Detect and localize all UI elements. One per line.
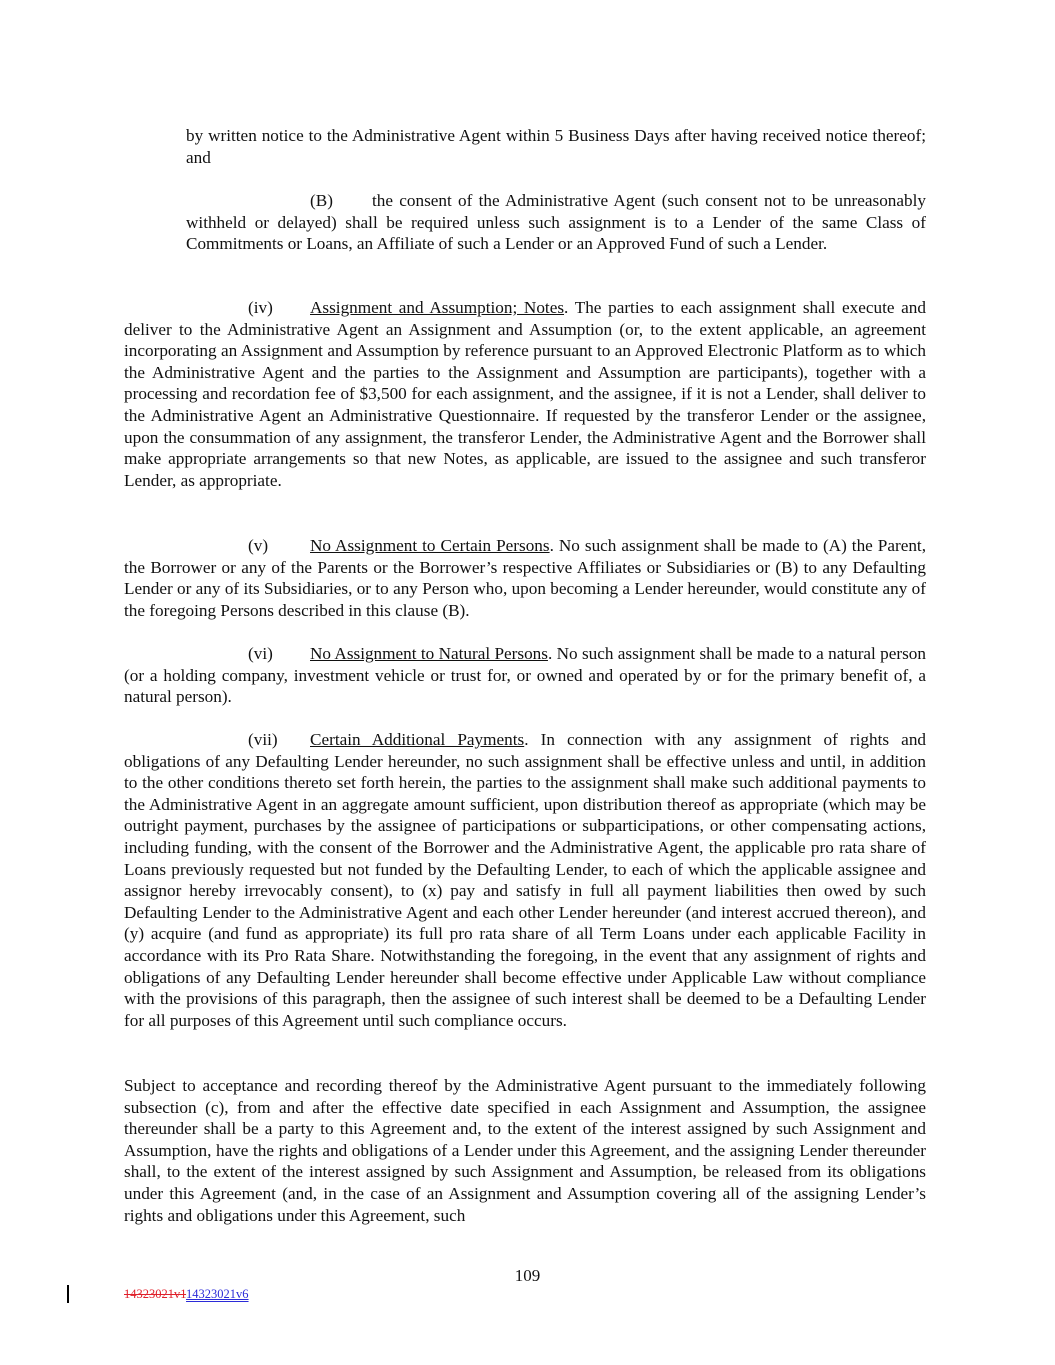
clause-heading: No Assignment to Certain Persons <box>310 536 550 555</box>
paragraph-clause-v: (v)No Assignment to Certain Persons. No … <box>124 535 926 621</box>
paragraph-clause-vii: (vii)Certain Additional Payments. In con… <box>124 729 926 1031</box>
clause-label: (vii) <box>248 729 310 751</box>
document-id-inserted: 14323021v6 <box>186 1287 249 1301</box>
clause-label: (vi) <box>248 643 310 665</box>
document-id: 14323021v114323021v6 <box>124 1287 249 1302</box>
paragraph-text: by written notice to the Administrative … <box>186 126 926 167</box>
clause-heading: No Assignment to Natural Persons <box>310 644 548 663</box>
document-id-deleted: 14323021v1 <box>124 1287 186 1301</box>
paragraph-text: . In connection with any assignment of r… <box>124 730 926 1030</box>
paragraph-clause-vi: (vi)No Assignment to Natural Persons. No… <box>124 643 926 708</box>
paragraph-subject-to: Subject to acceptance and recording ther… <box>124 1075 926 1226</box>
document-page: by written notice to the Administrative … <box>0 0 1055 1365</box>
paragraph-text: . The parties to each assignment shall e… <box>124 298 926 490</box>
paragraph-clause-iv: (iv)Assignment and Assumption; Notes. Th… <box>124 297 926 491</box>
revision-change-bar <box>67 1285 69 1303</box>
clause-heading: Assignment and Assumption; Notes <box>310 298 564 317</box>
clause-label: (B) <box>310 190 372 212</box>
paragraph-text: Subject to acceptance and recording ther… <box>124 1076 926 1225</box>
clause-label: (v) <box>248 535 310 557</box>
clause-label: (iv) <box>248 297 310 319</box>
paragraph-text: the consent of the Administrative Agent … <box>186 191 926 253</box>
paragraph-clause-b: (B)the consent of the Administrative Age… <box>186 190 926 255</box>
page-number: 109 <box>0 1266 1055 1286</box>
paragraph-continuation: by written notice to the Administrative … <box>186 125 926 168</box>
clause-heading: Certain Additional Payments <box>310 730 524 749</box>
